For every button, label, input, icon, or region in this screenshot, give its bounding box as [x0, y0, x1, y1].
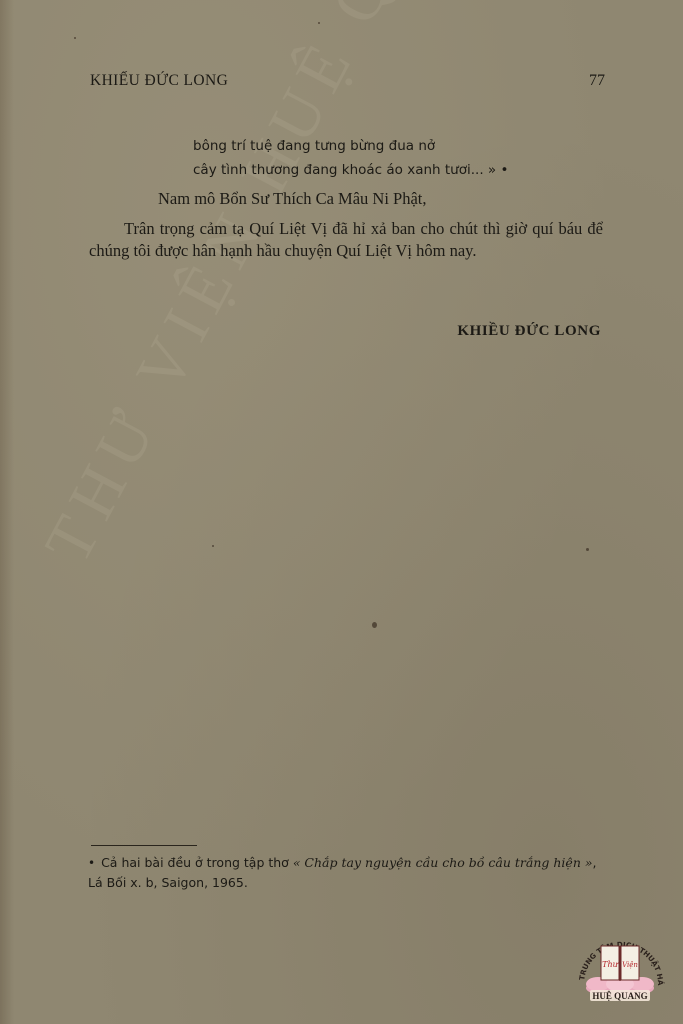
paper-speck [586, 548, 589, 551]
logo-banner-text: HUỆ QUANG [592, 991, 647, 1001]
invocation: Nam mô Bổn Sư Thích Ca Mâu Ni Phật, [158, 189, 427, 209]
running-head: KHIẾU ĐỨC LONG [90, 72, 228, 90]
signature: KHIỀU ĐỨC LONG [457, 323, 601, 340]
book-icon: Thư Viện [601, 946, 639, 981]
footnote-rule [91, 845, 197, 846]
verse-line: cây tình thương đang khoác áo xanh tươi.… [193, 162, 508, 178]
paper-speck [372, 622, 377, 628]
paper-speck [212, 545, 214, 547]
footnote-text-before: Cả hai bài đều ở trong tập thơ [101, 855, 293, 870]
footnote-title: « Chắp tay nguyện cầu cho bồ câu trắng h… [293, 855, 593, 870]
body-paragraph: Trân trọng cảm tạ Quí Liệt Vị đã hỉ xả b… [89, 218, 603, 262]
svg-text:Thư: Thư [602, 960, 618, 969]
svg-text:Viện: Viện [622, 961, 638, 969]
verse-line: bông trí tuệ đang tưng bừng đua nở [193, 138, 435, 154]
page-number: 77 [589, 72, 605, 90]
footnote: •Cả hai bài đều ở trong tập thơ « Chắp t… [88, 853, 603, 893]
paper-speck [74, 37, 76, 39]
paper-speck [318, 22, 320, 24]
footnote-marker: • [88, 856, 95, 870]
library-logo: TRUNG TÂM DỊCH THUẬT HÁN NÔM Thư Viện HU… [574, 926, 666, 1012]
